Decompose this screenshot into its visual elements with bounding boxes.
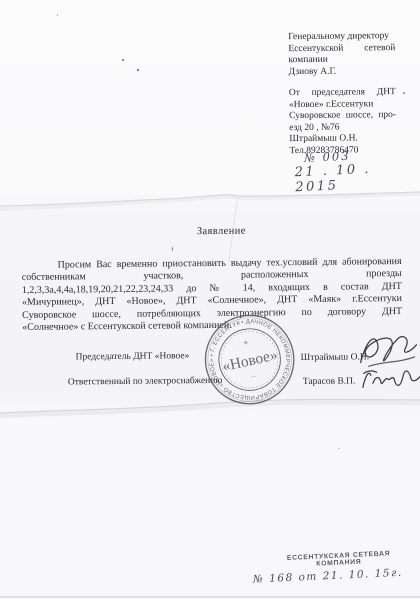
- seal-ornament-top: ✳: [243, 339, 249, 347]
- letter-content: Генеральному директоруЕссентукской сетев…: [0, 0, 420, 599]
- recipient-block: Генеральному директоруЕссентукской сетев…: [288, 31, 395, 78]
- signature-row1-label: Председатель ДНТ «Новое»: [76, 351, 190, 362]
- seal-ornament-bottom: ﹏: [250, 372, 257, 379]
- handwritten-ref-block: № 003 21 . 10 . 2015: [294, 146, 420, 196]
- text-line: От председателя ДНТ: [289, 87, 396, 100]
- round-seal-novoe: • ДАЧНОЕ НЕКОММЕРЧЕСКОЕ ТОВАРИЩЕСТВО «НО…: [192, 302, 307, 417]
- text-line: Генеральному директору: [288, 31, 395, 44]
- tarasov-signature: [359, 362, 420, 397]
- signature-row2-name: Тарасов В.П.: [303, 376, 356, 387]
- text-line: Суворовское шоссе, про-: [289, 110, 396, 123]
- signature-row2-label: Ответственный по электроснабжению: [68, 376, 223, 388]
- handwritten-ref-date: 21 . 10 . 2015: [294, 160, 419, 196]
- text-line: Дзиову А.Г.: [289, 66, 396, 79]
- scanned-letter-page: Генеральному директоруЕссентукской сетев…: [0, 0, 420, 599]
- document-title: Заявление: [21, 224, 420, 239]
- seal-center-text: «Новое»: [221, 346, 279, 375]
- text-line: Ессентукской сетевой: [288, 43, 395, 56]
